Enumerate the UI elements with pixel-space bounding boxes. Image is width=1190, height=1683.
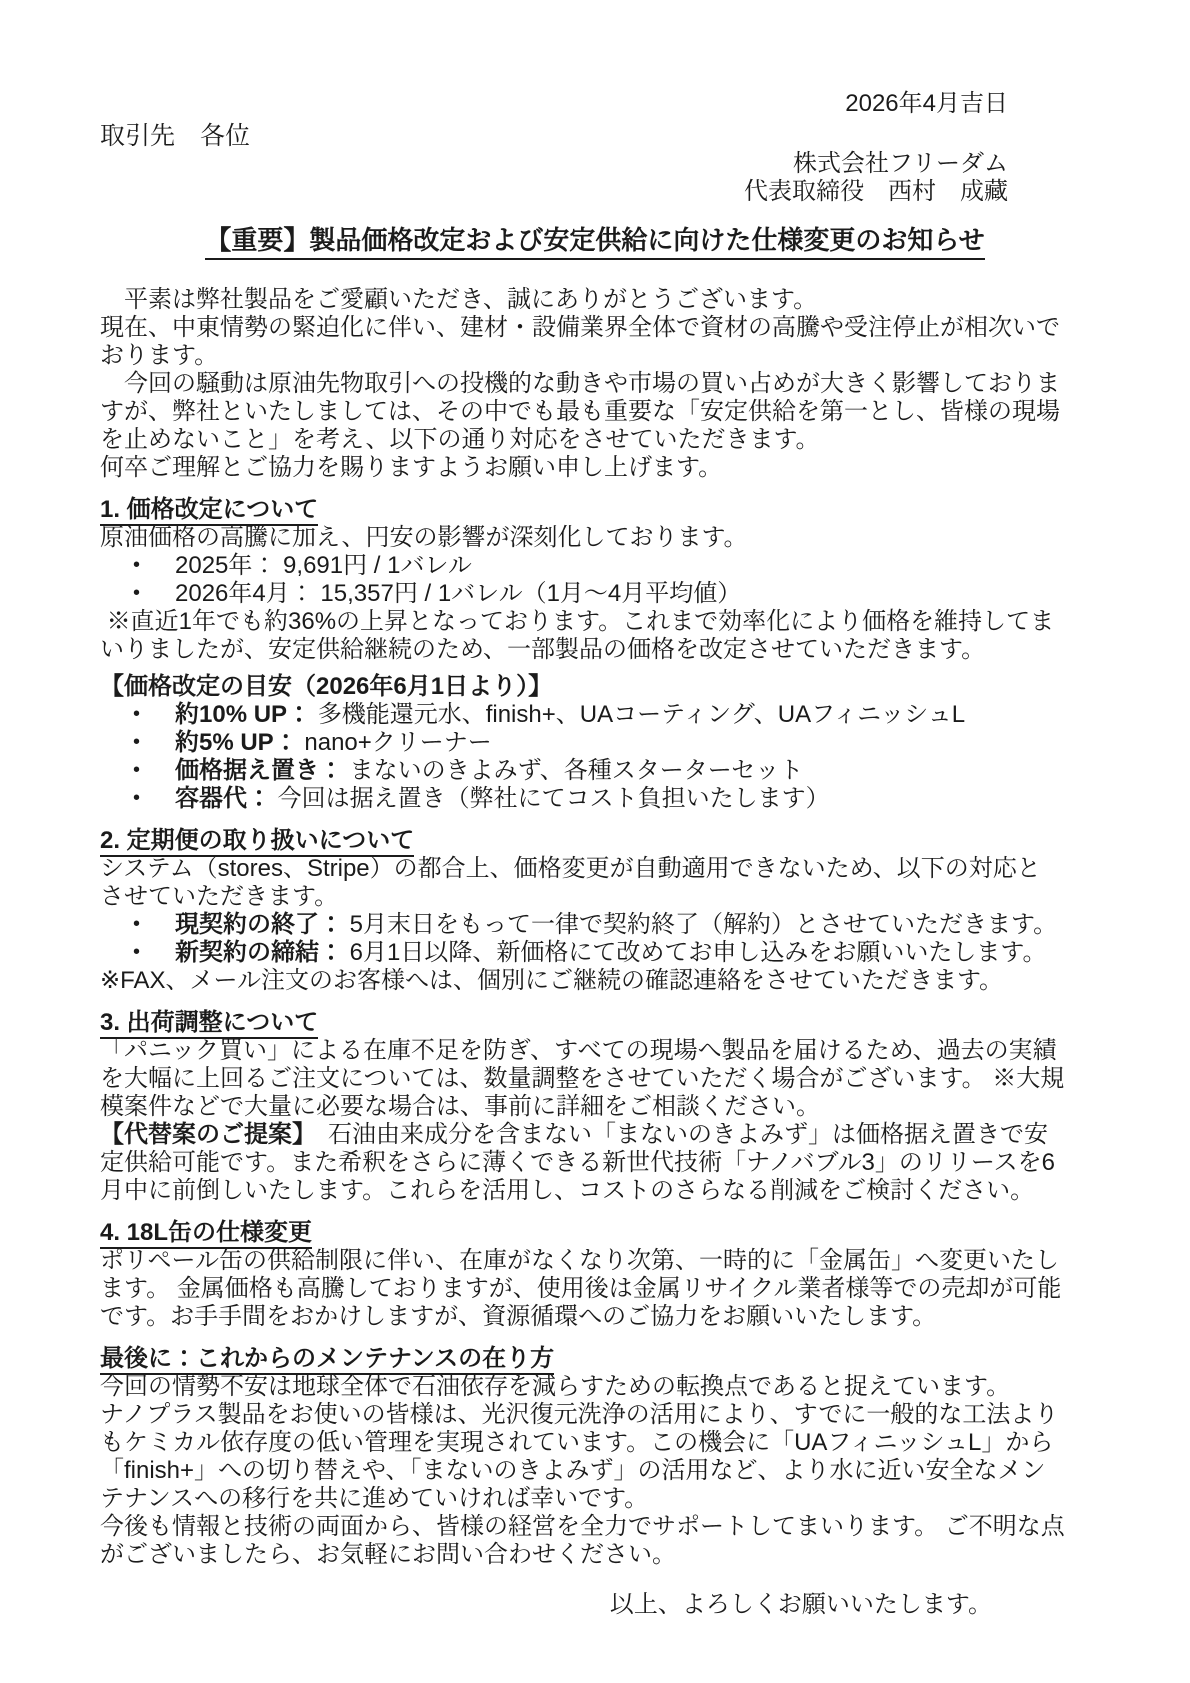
item-label: 約5% UP： [175, 729, 298, 756]
price-guide-list: •約10% UP： 多機能還元水、finish+、UAコーティング、UAフィニッ… [100, 701, 1090, 813]
item-label: 現契約の終了： [175, 911, 343, 938]
bullet-icon: • [133, 551, 140, 579]
item-text: まないのきよみず、各種スターターセット [343, 757, 803, 784]
section-shipping: 3. 出荷調整について 「パニック買い」による在庫不足を防ぎ、すべての現場へ製品… [100, 1009, 1090, 1205]
list-item: •現契約の終了： 5月末日をもって一律で契約終了（解約）とさせていただきます。 [100, 911, 1090, 939]
section-maintenance-body: 今回の情勢不安は地球全体で石油依存を減らすための転換点であると捉えています。 ナ… [100, 1373, 1090, 1569]
item-label: 容器代： [175, 785, 271, 812]
closing-line: 以上、よろしくお願いいたします。 [100, 1591, 1090, 1619]
recipient-line: 取引先 各位 [100, 122, 1090, 150]
letter-date: 2026年4月吉日 [100, 90, 1090, 118]
sender-representative: 代表取締役 西村 成藏 [100, 178, 1090, 206]
bullet-icon: • [133, 579, 140, 607]
proposal-label: 【代替案のご提案】 [100, 1121, 304, 1148]
section-shipping-body: 「パニック買い」による在庫不足を防ぎ、すべての現場へ製品を届けるため、過去の実績… [100, 1037, 1090, 1121]
price-guide-heading: 【価格改定の目安（2026年6月1日より）】 [100, 673, 1090, 701]
list-item: •価格据え置き： まないのきよみず、各種スターターセット [100, 757, 1090, 785]
section-subscription-lead: システム（stores、Stripe）の都合上、価格変更が自動適用できないため、… [100, 855, 1090, 911]
section-shipping-heading: 3. 出荷調整について [100, 1009, 1090, 1037]
sender-company: 株式会社フリーダム [100, 150, 1090, 178]
letter-title-row: 【重要】製品価格改定および安定供給に向けた仕様変更のお知らせ [100, 226, 1090, 256]
list-item: •2026年4月： 15,357円 / 1バレル（1月～4月平均値） [100, 580, 1090, 608]
subscription-list: •現契約の終了： 5月末日をもって一律で契約終了（解約）とさせていただきます。 … [100, 911, 1090, 967]
bullet-icon: • [133, 728, 140, 756]
item-text: 5月末日をもって一律で契約終了（解約）とさせていただきます。 [343, 911, 1057, 938]
section-shipping-proposal: 【代替案のご提案】 石油由来成分を含まない「まないのきよみず」は価格据え置きで安… [100, 1121, 1090, 1205]
item-label: 価格据え置き： [175, 757, 343, 784]
section-price-revision-heading: 1. 価格改定について [100, 496, 1090, 524]
bullet-icon: • [133, 938, 140, 966]
section-maintenance-heading: 最後に：これからのメンテナンスの在り方 [100, 1345, 1090, 1373]
section-price-revision-note: ※直近1年でも約36%の上昇となっております。これまで効率化により価格を維持して… [100, 608, 1090, 664]
section-can-spec-body: ポリペール缶の供給制限に伴い、在庫がなくなり次第、一時的に「金属缶」へ変更いたし… [100, 1247, 1090, 1331]
price-guide-block: 【価格改定の目安（2026年6月1日より）】 •約10% UP： 多機能還元水、… [100, 673, 1090, 813]
list-item: •2025年： 9,691円 / 1バレル [100, 552, 1090, 580]
section-can-spec-heading: 4. 18L缶の仕様変更 [100, 1219, 1090, 1247]
section-maintenance: 最後に：これからのメンテナンスの在り方 今回の情勢不安は地球全体で石油依存を減ら… [100, 1345, 1090, 1569]
section-can-spec: 4. 18L缶の仕様変更 ポリペール缶の供給制限に伴い、在庫がなくなり次第、一時… [100, 1219, 1090, 1331]
item-text: nano+クリーナー [298, 729, 492, 756]
item-text: 6月1日以降、新価格にて改めてお申し込みをお願いいたします。 [343, 939, 1046, 966]
item-label: 新契約の締結： [175, 939, 343, 966]
section-subscription: 2. 定期便の取り扱いについて システム（stores、Stripe）の都合上、… [100, 827, 1090, 995]
section-subscription-note: ※FAX、メール注文のお客様へは、個別にご継続の確認連絡をさせていただきます。 [100, 967, 1090, 995]
item-label: 約10% UP： [175, 701, 311, 728]
section-price-revision: 1. 価格改定について 原油価格の高騰に加え、円安の影響が深刻化しております。 … [100, 496, 1090, 664]
item-text: 今回は据え置き（弊社にてコスト負担いたします） [271, 785, 830, 812]
bullet-icon: • [133, 756, 140, 784]
item-text: 15,357円 / 1バレル（1月～4月平均値） [314, 580, 742, 607]
bullet-icon: • [133, 700, 140, 728]
list-item: •容器代： 今回は据え置き（弊社にてコスト負担いたします） [100, 785, 1090, 813]
item-text: 多機能還元水、finish+、UAコーティング、UAフィニッシュL [311, 701, 965, 728]
list-item: •約5% UP： nano+クリーナー [100, 729, 1090, 757]
item-label: 2025年： [175, 552, 276, 579]
letter-page: 2026年4月吉日 取引先 各位 株式会社フリーダム 代表取締役 西村 成藏 【… [0, 0, 1190, 1683]
bullet-icon: • [133, 784, 140, 812]
letter-title: 【重要】製品価格改定および安定供給に向けた仕様変更のお知らせ [205, 225, 984, 260]
intro-paragraph: 平素は弊社製品をご愛顧いただき、誠にありがとうございます。 現在、中東情勢の緊迫… [100, 286, 1090, 482]
item-label: 2026年4月： [175, 580, 314, 607]
section-subscription-heading: 2. 定期便の取り扱いについて [100, 827, 1090, 855]
oil-price-list: •2025年： 9,691円 / 1バレル •2026年4月： 15,357円 … [100, 552, 1090, 608]
list-item: •約10% UP： 多機能還元水、finish+、UAコーティング、UAフィニッ… [100, 701, 1090, 729]
item-text: 9,691円 / 1バレル [276, 552, 471, 579]
list-item: •新契約の締結： 6月1日以降、新価格にて改めてお申し込みをお願いいたします。 [100, 939, 1090, 967]
bullet-icon: • [133, 910, 140, 938]
section-price-revision-lead: 原油価格の高騰に加え、円安の影響が深刻化しております。 [100, 524, 1090, 552]
